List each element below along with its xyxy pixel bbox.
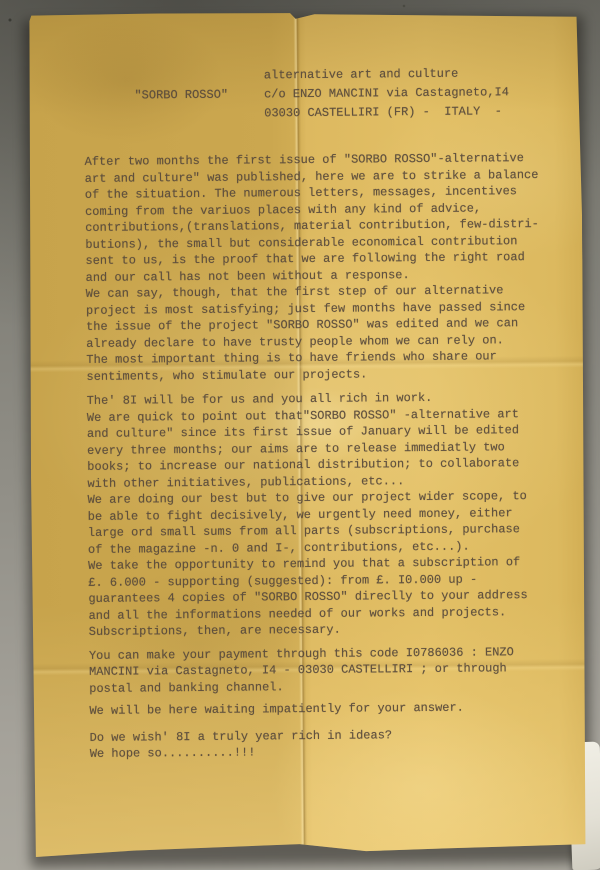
letter-line: sentiments, who stimulate our projects.	[86, 364, 548, 385]
letter-paragraph-intro: After two months the first issue of "SOR…	[85, 150, 549, 385]
letter-paragraph-plans: The' 8I will be for us and you all rich …	[87, 389, 551, 641]
letter-line: We will be here waiting impatiently for …	[89, 699, 551, 720]
letter-header: alternative art and culture "SORBO ROSSO…	[84, 64, 546, 125]
letter-line: Subscriptions, then, are necessary.	[89, 620, 551, 641]
photo-scene: alternative art and culture "SORBO ROSSO…	[0, 0, 600, 870]
letter-line: postal and banking channel.	[89, 676, 551, 697]
photo-background: { "letter": { "header_lines": [ " altern…	[0, 0, 600, 870]
letter-paragraph-payment: You can make your payment through this c…	[89, 643, 551, 697]
letter-line: We hope so..........!!!	[90, 742, 552, 763]
letter-content: alternative art and culture "SORBO ROSSO…	[84, 64, 552, 763]
letter-paragraph-waiting: We will be here waiting impatiently for …	[89, 699, 551, 720]
letter-line: 03030 CASTELLIRI (FR) - ITALY -	[84, 102, 546, 125]
letter-paragraph-closing: Do we wish' 8I a truly year rich in idea…	[90, 725, 552, 762]
letter-paper: alternative art and culture "SORBO ROSSO…	[26, 10, 587, 858]
